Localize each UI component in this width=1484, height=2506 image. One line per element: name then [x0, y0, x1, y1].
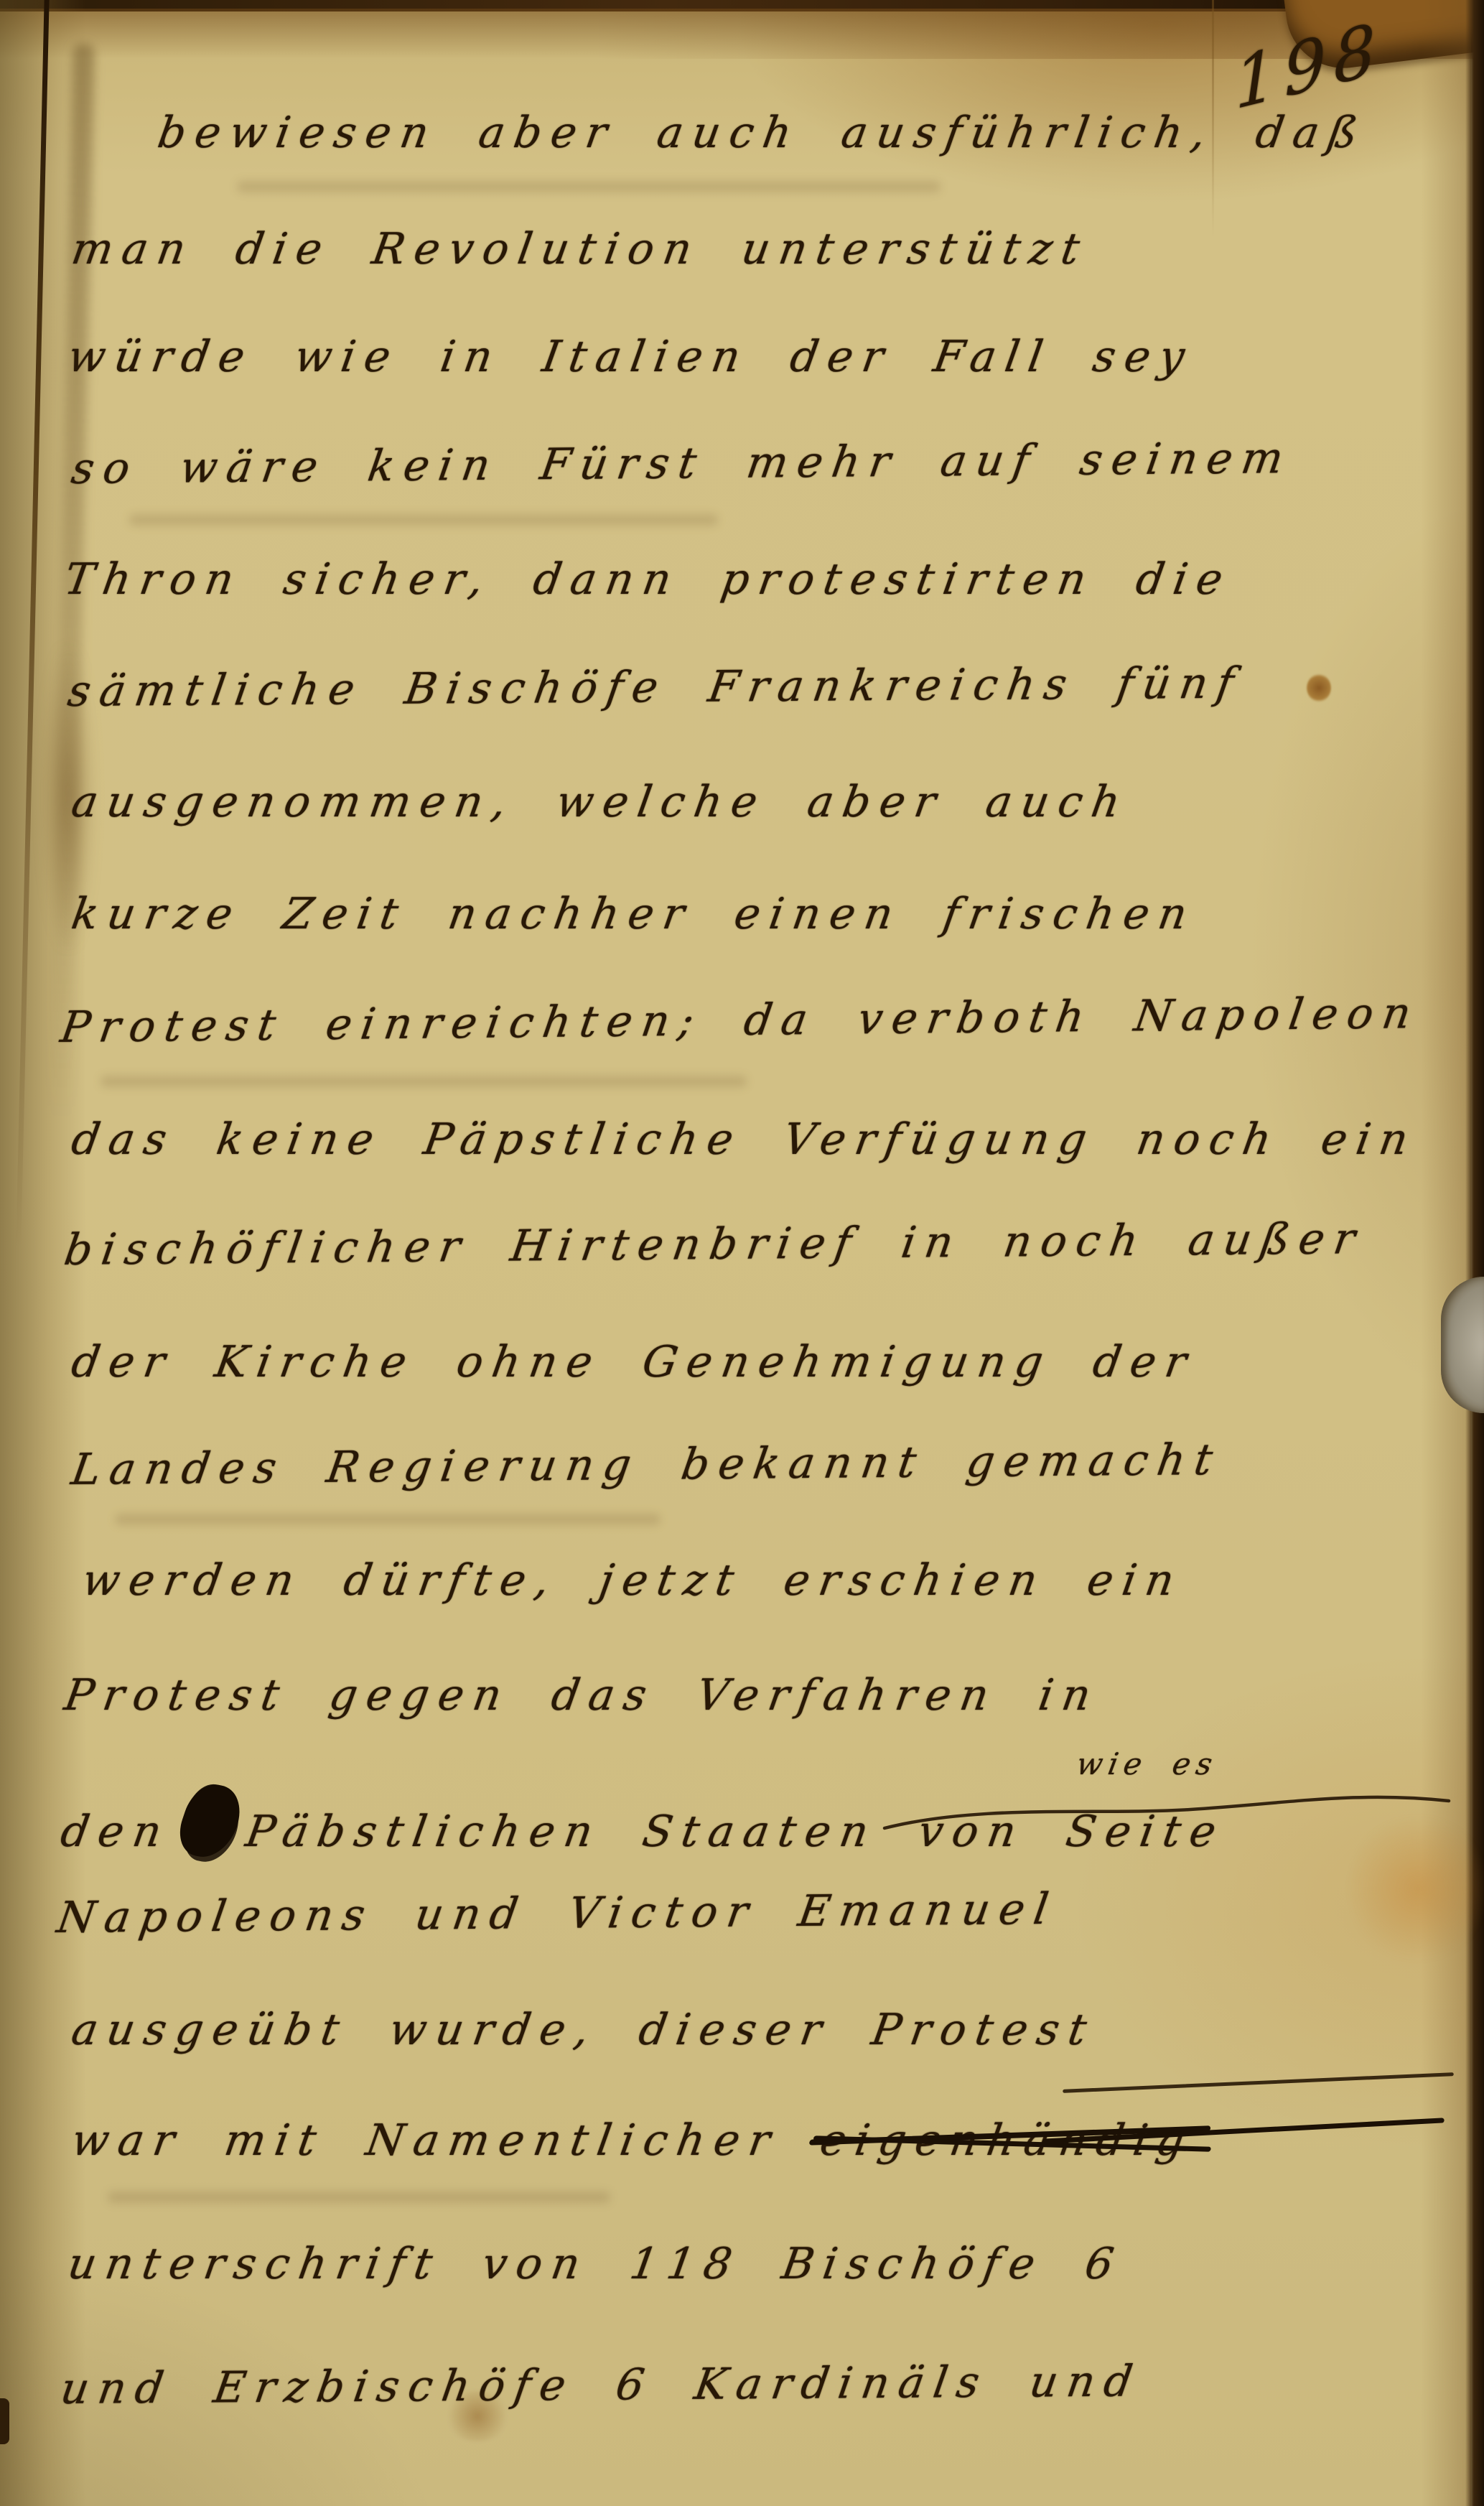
insertion-swash: [882, 1787, 1456, 1837]
handwritten-line: Thron sicher, dann protestirten die: [61, 554, 1236, 605]
handwritten-line: der Kirche ohne Genehmigung der: [68, 1337, 1199, 1387]
ink-offset-smudge: [101, 1076, 747, 1087]
handwritten-line: werden dürfte, jetzt erschien ein: [79, 1555, 1187, 1606]
handwritten-line: ausgenommen, welche aber auch: [68, 777, 1133, 827]
handwritten-line: so wäre kein Fürst mehr auf seinem: [68, 433, 1296, 494]
handwritten-line: man die Revolution unterstützt: [68, 224, 1092, 274]
ink-offset-smudge: [129, 514, 718, 526]
handwritten-line: kurze Zeit nachher einen frischen: [68, 889, 1200, 939]
handwritten-line: Protest gegen das Verfahren in: [61, 1670, 1103, 1720]
handwritten-line: sämtliche Bischöfe Frankreichs fünf: [65, 658, 1246, 717]
right-page-edge: [1465, 0, 1484, 2506]
ink-offset-smudge: [108, 2191, 610, 2203]
rust-spot: [1307, 674, 1331, 702]
right-edge-notch: [1441, 1277, 1484, 1413]
handwritten-line: und Erzbischöfe 6 Kardinäls und: [57, 2357, 1145, 2414]
handwritten-line: würde wie in Italien der Fall sey: [65, 332, 1198, 382]
ink-offset-smudge: [115, 1514, 661, 1525]
handwritten-line: unterschrift von 118 Bischöfe 6: [65, 2239, 1126, 2289]
handwritten-line: bewiesen aber auch ausführlich, daß: [154, 108, 1371, 158]
right-edge-shadow: [1421, 0, 1471, 2506]
handwritten-line: ausgeübt wurde, dieser Protest: [68, 2005, 1099, 2055]
crossed-out-word: eigenhändig: [816, 2115, 1197, 2166]
ink-offset-smudge: [237, 181, 941, 192]
left-margin-mark: [0, 2398, 9, 2444]
handwritten-line: das keine Päpstliche Verfügung noch ein: [68, 1114, 1421, 1165]
handwritten-line: Landes Regierung bekannt gemacht: [68, 1435, 1225, 1495]
line-text: war mit Namentlicher: [68, 2115, 783, 2166]
interlinear-insertion: wie es: [1074, 1746, 1221, 1781]
ink-blot: [172, 1781, 249, 1861]
handwritten-line: Napoleons und Victor Emanuel: [54, 1884, 1061, 1943]
line-text: den: [57, 1807, 174, 1857]
manuscript-photo: 198 bewiesen aber auch ausführlich, daß …: [0, 0, 1484, 2506]
handwritten-line-with-strikethrough: war mit Namentlicher eigenhändig: [68, 2115, 1198, 2166]
